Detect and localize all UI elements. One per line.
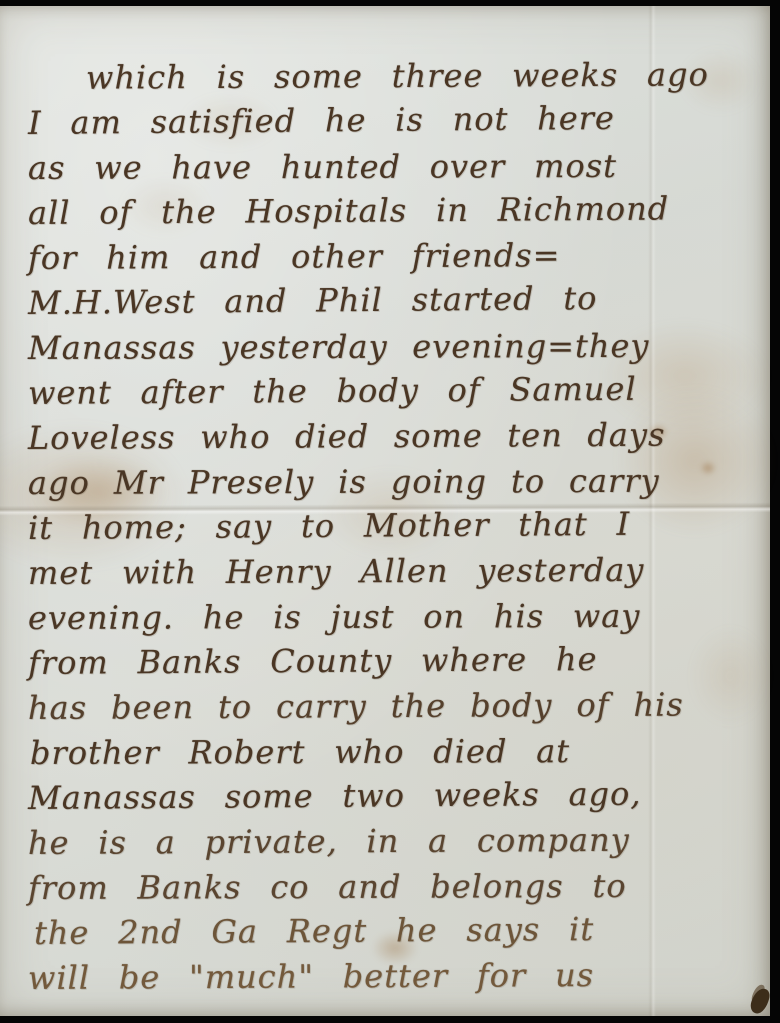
letter-line: will be "much" better for us	[28, 952, 764, 1001]
letter-line: all of the Hospitals in Richmond	[28, 186, 764, 236]
letter-line: met with Henry Allen yesterday	[28, 547, 764, 596]
letter-line: M.H.West and Phil started to	[28, 275, 764, 326]
letter-line: went after the body of Samuel	[28, 366, 764, 416]
letter-line: Manassas yesterday evening=they	[28, 323, 764, 371]
letter-text: which is some three weeks ago I am satis…	[28, 56, 764, 1001]
letter-line: Loveless who died some ten days	[28, 412, 764, 461]
letter-line: he is a private, in a company	[28, 817, 764, 866]
letter-line: it home; say to Mother that I	[28, 501, 764, 551]
letter-line: for him and other friends=	[28, 232, 764, 281]
scan-background: which is some three weeks ago I am satis…	[0, 0, 780, 1023]
letter-line: from Banks County where he	[28, 636, 764, 686]
letter-line: I am satisfied he is not here	[28, 95, 764, 146]
letter-line: which is some three weeks ago	[28, 52, 764, 101]
letter-line: ago Mr Presely is going to carry	[28, 458, 764, 506]
letter-line: has been to carry the body of his	[28, 682, 764, 731]
letter-line: as we have hunted over most	[28, 143, 764, 191]
letter-line: the 2nd Ga Regt he says it	[28, 906, 764, 956]
letter-line: from Banks co and belongs to	[28, 863, 764, 911]
letter-page: which is some three weeks ago I am satis…	[0, 6, 770, 1016]
letter-line: Manassas some two weeks ago,	[28, 771, 764, 821]
letter-line: evening. he is just on his way	[28, 593, 764, 641]
letter-line: brother Robert who died at	[28, 728, 764, 776]
